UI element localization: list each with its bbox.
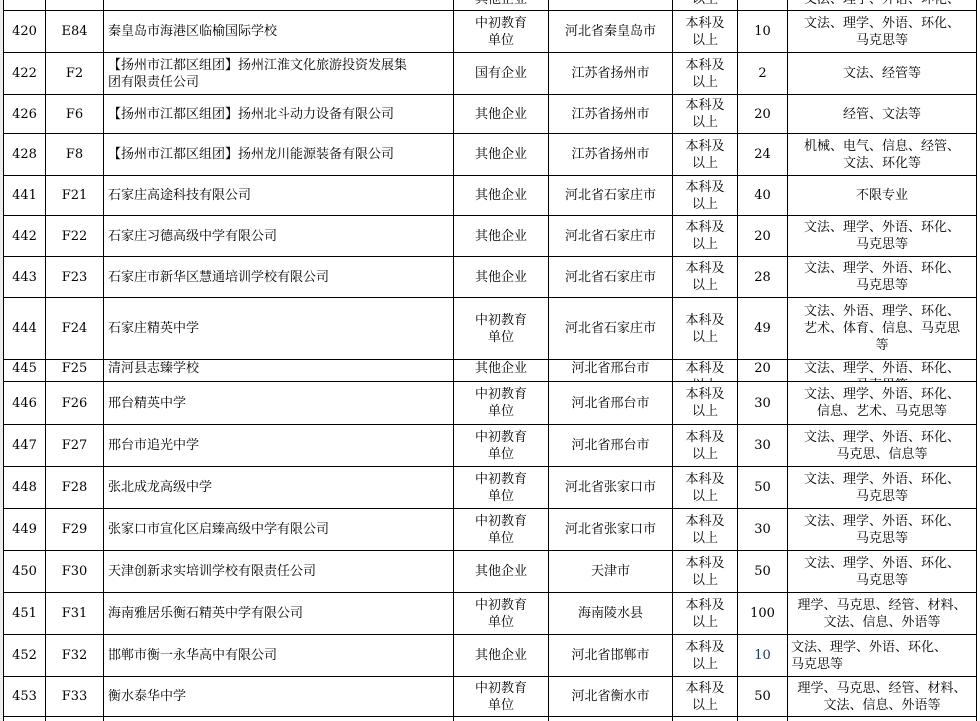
education-requirement-cell[interactable]: 本科及以上 [673,298,737,359]
employer-type-cell[interactable] [454,717,548,721]
employer-name-cell[interactable]: 【扬州市江都区组团】扬州北斗动力设备有限公司 [104,95,453,133]
employer-name-cell[interactable]: 石家庄市新华区慧通培训学校有限公司 [104,257,453,297]
education-requirement-cell[interactable]: 本科及以上 [673,95,737,133]
location-cell[interactable]: 河北省衡水市 [549,677,672,716]
text-line: 张北成龙高级中学 [108,479,212,496]
location-cell[interactable]: 河北省石家庄市 [549,176,672,215]
employer-name-cell[interactable] [104,717,453,721]
employer-code-cell[interactable]: F21 [46,176,103,215]
employer-name-cell[interactable]: 邢台市追光中学 [104,425,453,466]
text-line: 中初教育 [475,312,527,329]
text-line: 马克思等 [856,277,908,294]
cell-text: 20 [754,360,771,377]
text-line: 张家口市宣化区启臻高级中学有限公司 [108,521,329,538]
text-line: 马克思等 [856,572,908,589]
text-line: 以上 [692,114,718,131]
cell-text: 28 [754,269,771,286]
row-number-cell[interactable]: 426 [4,95,45,133]
majors-cell[interactable]: 理学、马克思、经管、材料、文法、信息、外语等 [788,677,976,716]
text-line: 以上 [692,377,718,381]
employer-code-cell[interactable]: F23 [46,257,103,297]
text-line: 信息、艺术、马克思等 [817,403,947,420]
text-line: 本科及 [685,639,724,656]
cell-text: 江苏省扬州市 [571,106,649,123]
text-line: 邢台精英中学 [108,395,186,412]
clipped-text-fragment: 其他企业 [475,0,527,8]
headcount-cell[interactable]: 10 [738,11,787,52]
row-number-cell[interactable]: 422 [4,53,45,94]
text-line: 文法、信息、外语等 [823,614,940,631]
row-number-cell[interactable]: 452 [4,635,45,676]
headcount-cell[interactable]: 20 [738,216,787,256]
employer-code-cell[interactable]: F30 [46,551,103,592]
education-requirement-cell[interactable]: 以上 [673,0,737,10]
cell-text: 2 [758,65,766,82]
cell-text: F6 [66,106,83,123]
employer-code-cell[interactable]: F22 [46,216,103,256]
text-line: 石家庄高途科技有限公司 [108,187,251,204]
text-line: 中初教育 [475,471,527,488]
location-cell[interactable]: 江苏省扬州市 [549,95,672,133]
employer-name-cell[interactable]: 【扬州市江都区组团】扬州江淮文化旅游投资发展集团有限责任公司 [104,53,453,94]
text-line: 邢台市追光中学 [108,437,199,454]
employer-code-cell[interactable]: F32 [46,635,103,676]
row-number-cell[interactable]: 449 [4,509,45,550]
education-requirement-cell[interactable]: 本科及以上 [673,257,737,297]
text-line: 单位 [488,329,514,346]
cell-text: 30 [754,395,771,412]
text-line: 马克思等 [856,377,908,381]
cell-text: 446 [12,395,37,412]
headcount-cell[interactable] [738,717,787,721]
cell-text: E84 [61,23,87,40]
majors-cell[interactable]: 文法、理学、外语、环化、马克思等 [788,360,976,381]
text-line: 其他企业 [475,228,527,245]
education-requirement-cell[interactable]: 本科及以上 [673,551,737,592]
majors-cell[interactable]: 不限专业 [788,176,976,215]
text-line: 团有限责任公司 [108,74,199,91]
cell-text: 100 [750,605,775,622]
row-number-cell[interactable]: 441 [4,176,45,215]
text-line: 中初教育 [475,386,527,403]
cell-text: 441 [12,187,37,204]
employer-name-cell[interactable]: 张北成龙高级中学 [104,467,453,508]
employer-type-cell[interactable]: 中初教育单位 [454,298,548,359]
cell-text: 江苏省扬州市 [571,146,649,163]
headcount-cell[interactable]: 20 [738,95,787,133]
text-line: 文法、理学、外语、环化、 [804,260,960,277]
location-cell[interactable]: 海南陵水县 [549,593,672,634]
text-line: 马克思等 [791,656,843,673]
employer-code-cell[interactable] [46,717,103,721]
employer-code-cell[interactable]: F27 [46,425,103,466]
cell-text: F25 [62,360,88,377]
text-line: 以上 [692,155,718,172]
cell-text: 天津市 [591,563,630,580]
employer-type-cell[interactable]: 中初教育单位 [454,11,548,52]
row-number-cell[interactable]: 447 [4,425,45,466]
employer-name-cell[interactable]: 石家庄精英中学 [104,298,453,359]
employer-code-cell[interactable]: F28 [46,467,103,508]
headcount-cell[interactable]: 30 [738,425,787,466]
headcount-cell[interactable]: 2 [738,53,787,94]
text-line: 等 [875,337,888,354]
location-cell[interactable]: 河北省石家庄市 [549,216,672,256]
employer-name-cell[interactable]: 【扬州市江都区组团】扬州龙川能源装备有限公司 [104,134,453,175]
education-requirement-cell[interactable]: 本科及以上 [673,53,737,94]
employer-type-cell[interactable]: 中初教育单位 [454,382,548,424]
education-requirement-cell[interactable]: 本科及以上 [673,216,737,256]
cell-text: 河北省张家口市 [565,479,656,496]
text-line: 本科及 [685,513,724,530]
cell-text: F27 [62,437,88,454]
text-line: 文法、理学、外语、环化、 [804,386,960,403]
majors-cell[interactable]: 文法、理学、外语、环化、马克思等 [788,551,976,592]
cell-text: 50 [754,563,771,580]
cell-text: 422 [12,65,37,82]
text-line: 机械、电气、信息、经管、 [804,138,960,155]
majors-cell[interactable]: 文法、理学、外语、环化、马克思等 [788,216,976,256]
text-line: 中初教育 [475,597,527,614]
row-number-cell[interactable]: 446 [4,382,45,424]
education-requirement-cell[interactable]: 本科及以上 [673,176,737,215]
cell-text: 49 [754,320,771,337]
text-line: 本科及 [685,555,724,572]
employer-type-cell[interactable]: 其他企业 [454,95,548,133]
employer-type-cell[interactable]: 其他企业 [454,0,548,10]
text-line: 单位 [488,488,514,505]
cell-text: 20 [754,106,771,123]
majors-cell[interactable]: 文法、外语、理学、环化、艺术、体育、信息、马克思等 [788,298,976,359]
headcount-cell[interactable]: 49 [738,298,787,359]
row-number-cell[interactable]: 450 [4,551,45,592]
majors-cell[interactable]: 文法、理学、外语、环化、信息、艺术、马克思等 [788,382,976,424]
employer-code-cell[interactable]: F26 [46,382,103,424]
text-line: 文法、理学、外语、环化、 [804,360,960,377]
headcount-cell[interactable]: 50 [738,467,787,508]
cell-text: 448 [12,479,37,496]
employer-type-cell[interactable]: 其他企业 [454,551,548,592]
cell-text: F30 [62,563,88,580]
text-line: 文法、外语、理学、环化、 [804,303,960,320]
employer-code-cell[interactable] [46,0,103,10]
majors-cell[interactable]: 文法、经管等 [788,53,976,94]
text-line: 本科及 [685,219,724,236]
location-cell[interactable]: 河北省邯郸市 [549,635,672,676]
employer-type-cell[interactable]: 其他企业 [454,134,548,175]
text-line: 中初教育 [475,513,527,530]
majors-cell[interactable]: 机械、电气、信息、经管、文法、环化等 [788,134,976,175]
text-line: 石家庄市新华区慧通培训学校有限公司 [108,269,329,286]
text-line: 以上 [692,614,718,631]
text-line: 单位 [488,403,514,420]
text-line: 石家庄精英中学 [108,320,199,337]
cell-text: F31 [62,605,88,622]
employer-code-cell[interactable]: F8 [46,134,103,175]
employer-name-cell[interactable]: 张家口市宣化区启臻高级中学有限公司 [104,509,453,550]
cell-text: 30 [754,437,771,454]
majors-cell[interactable]: 文法、理学、外语、环化、 [788,0,976,10]
employer-type-cell[interactable]: 其他企业 [454,257,548,297]
text-line: 秦皇岛市海港区临榆国际学校 [108,23,277,40]
text-line: 本科及 [685,57,724,74]
employer-name-cell[interactable]: 秦皇岛市海港区临榆国际学校 [104,11,453,52]
text-line: 邯郸市衡一永华高中有限公司 [108,647,277,664]
text-line: 【扬州市江都区组团】扬州北斗动力设备有限公司 [108,106,394,123]
text-line: 本科及 [685,15,724,32]
employer-type-cell[interactable]: 中初教育单位 [454,593,548,634]
text-line: 中初教育 [475,680,527,697]
text-line: 本科及 [685,597,724,614]
education-requirement-cell[interactable]: 本科及以上 [673,509,737,550]
text-line: 以上 [692,403,718,420]
cell-text: 445 [12,360,37,377]
row-number-cell[interactable] [4,0,45,10]
employer-code-cell[interactable]: F6 [46,95,103,133]
employer-type-cell[interactable]: 其他企业 [454,216,548,256]
majors-cell[interactable]: 文法、理学、外语、环化、马克思、信息等 [788,425,976,466]
text-line: 理学、马克思、经管、材料、 [797,597,966,614]
row-number-cell[interactable]: 444 [4,298,45,359]
cell-text: 10 [754,647,771,664]
employer-name-cell[interactable]: 邯郸市衡一永华高中有限公司 [104,635,453,676]
employer-type-cell[interactable]: 国有企业 [454,53,548,94]
row-number-cell[interactable] [4,717,45,721]
text-line: 本科及 [685,360,724,377]
cell-text: 河北省邢台市 [571,437,649,454]
cell-text: 河北省秦皇岛市 [565,23,656,40]
cell-text: F32 [62,647,88,664]
employer-type-cell[interactable]: 中初教育单位 [454,509,548,550]
text-line: 文法、理学、外语、环化、 [804,471,960,488]
text-line: 单位 [488,446,514,463]
clipped-text-fragment: 以上 [692,0,718,8]
row-number-cell[interactable]: 448 [4,467,45,508]
cell-text: F22 [62,228,88,245]
location-cell[interactable]: 江苏省扬州市 [549,53,672,94]
employer-name-cell[interactable]: 海南雅居乐衡石精英中学有限公司 [104,593,453,634]
education-requirement-cell[interactable]: 本科及以上 [673,134,737,175]
cell-text: 451 [12,605,37,622]
cell-text: F21 [62,187,88,204]
employer-code-cell[interactable]: F25 [46,360,103,381]
text-line: 理学、马克思、经管、材料、 [797,680,966,697]
cell-text: 444 [12,320,37,337]
text-line: 清河县志臻学校 [108,360,199,377]
cell-text: 河北省邢台市 [571,360,649,377]
text-line: 本科及 [685,138,724,155]
text-line: 艺术、体育、信息、马克思 [804,320,960,337]
cell-text: 447 [12,437,37,454]
text-line: 文法、信息、外语等 [823,697,940,714]
cell-text: F8 [66,146,83,163]
cell-text: 海南陵水县 [578,605,643,622]
text-line: 本科及 [685,471,724,488]
employer-code-cell[interactable]: F33 [46,677,103,716]
text-line: 以上 [692,236,718,253]
location-cell[interactable]: 河北省石家庄市 [549,257,672,297]
headcount-cell[interactable]: 30 [738,509,787,550]
headcount-cell[interactable] [738,0,787,10]
employer-name-cell[interactable]: 邢台精英中学 [104,382,453,424]
location-cell[interactable]: 河北省秦皇岛市 [549,11,672,52]
location-cell[interactable]: 河北省邢台市 [549,360,672,381]
text-line: 文法、理学、外语、环化、 [804,513,960,530]
location-cell[interactable]: 天津市 [549,551,672,592]
cell-text: 30 [754,521,771,538]
headcount-cell[interactable]: 24 [738,134,787,175]
majors-cell[interactable]: 文法、理学、外语、环化、马克思等 [788,635,976,676]
text-line: 马克思等 [856,488,908,505]
text-line: 以上 [692,697,718,714]
text-line: 其他企业 [475,146,527,163]
majors-cell[interactable]: 文法、理学、外语、环化、马克思等 [788,257,976,297]
cell-text: 450 [12,563,37,580]
employer-type-cell[interactable]: 中初教育单位 [454,677,548,716]
majors-cell[interactable]: 经管、文法等 [788,95,976,133]
headcount-cell[interactable]: 30 [738,382,787,424]
employer-code-cell[interactable]: E84 [46,11,103,52]
cell-text: 50 [754,479,771,496]
text-line: 文法、理学、外语、环化、 [804,219,960,236]
cell-text: 河北省石家庄市 [565,269,656,286]
cell-text: F2 [66,65,83,82]
text-line: 以上 [692,446,718,463]
employer-name-cell[interactable]: 清河县志臻学校 [104,360,453,381]
location-cell[interactable]: 江苏省扬州市 [549,134,672,175]
text-line: 天津创新求实培训学校有限责任公司 [108,563,316,580]
employer-type-cell[interactable]: 中初教育单位 [454,425,548,466]
text-line: 文法、理学、外语、环化、 [804,555,960,572]
text-line: 马克思、信息等 [836,446,927,463]
text-line: 以上 [692,488,718,505]
cell-text: F24 [62,320,88,337]
employer-code-cell[interactable]: F2 [46,53,103,94]
text-line: 以上 [692,277,718,294]
text-line: 【扬州市江都区组团】扬州龙川能源装备有限公司 [108,146,394,163]
text-line: 以上 [692,196,718,213]
row-number-cell[interactable]: 428 [4,134,45,175]
text-line: 国有企业 [475,65,527,82]
employer-name-cell[interactable] [104,0,453,10]
majors-cell[interactable]: 文法、理学、外语、环化、马克思等 [788,467,976,508]
text-line: 本科及 [685,179,724,196]
education-requirement-cell[interactable]: 本科及以上 [673,360,737,381]
text-line: 本科及 [685,97,724,114]
row-number-cell[interactable]: 445 [4,360,45,381]
location-cell[interactable]: 河北省邢台市 [549,382,672,424]
row-number-cell[interactable]: 451 [4,593,45,634]
education-requirement-cell[interactable]: 本科及以上 [673,593,737,634]
majors-cell[interactable] [788,717,976,721]
education-requirement-cell[interactable]: 本科及以上 [673,467,737,508]
location-cell[interactable]: 河北省张家口市 [549,467,672,508]
cell-text: 443 [12,269,37,286]
employer-type-cell[interactable]: 中初教育单位 [454,467,548,508]
cell-text: 河北省石家庄市 [565,228,656,245]
employer-type-cell[interactable]: 其他企业 [454,360,548,381]
text-line: 以上 [692,530,718,547]
cell-text: 河北省邯郸市 [571,647,649,664]
headcount-cell[interactable]: 28 [738,257,787,297]
location-cell[interactable] [549,717,672,721]
location-cell[interactable]: 河北省张家口市 [549,509,672,550]
text-line: 以上 [692,74,718,91]
employer-code-cell[interactable]: F29 [46,509,103,550]
cell-text: 428 [12,146,37,163]
cell-text: 河北省邢台市 [571,395,649,412]
row-number-cell[interactable]: 443 [4,257,45,297]
text-line: 单位 [488,32,514,49]
cell-text: F33 [62,688,88,705]
education-requirement-cell[interactable]: 本科及以上 [673,635,737,676]
text-line: 文法、理学、外语、环化、 [804,429,960,446]
cell-text: F23 [62,269,88,286]
location-cell[interactable]: 河北省石家庄市 [549,298,672,359]
headcount-cell[interactable]: 20 [738,360,787,381]
cell-text: 50 [754,688,771,705]
employer-code-cell[interactable]: F24 [46,298,103,359]
text-line: 文法、理学、外语、环化、 [804,15,960,32]
headcount-cell[interactable]: 40 [738,176,787,215]
location-cell[interactable] [549,0,672,10]
employer-name-cell[interactable]: 石家庄习德高级中学有限公司 [104,216,453,256]
employer-name-cell[interactable]: 石家庄高途科技有限公司 [104,176,453,215]
headcount-cell[interactable]: 50 [738,551,787,592]
text-line: 以上 [692,32,718,49]
cell-text: F28 [62,479,88,496]
education-requirement-cell[interactable] [673,717,737,721]
text-line: 本科及 [685,680,724,697]
majors-cell[interactable]: 理学、马克思、经管、材料、文法、信息、外语等 [788,593,976,634]
text-line: 马克思等 [856,530,908,547]
cell-text: 420 [12,23,37,40]
row-number-cell[interactable]: 453 [4,677,45,716]
majors-cell[interactable]: 文法、理学、外语、环化、马克思等 [788,509,976,550]
majors-cell[interactable]: 文法、理学、外语、环化、马克思等 [788,11,976,52]
row-number-cell[interactable]: 420 [4,11,45,52]
education-requirement-cell[interactable]: 本科及以上 [673,382,737,424]
text-line: 以上 [692,656,718,673]
text-line: 马克思等 [856,32,908,49]
employer-code-cell[interactable]: F31 [46,593,103,634]
employer-type-cell[interactable]: 其他企业 [454,176,548,215]
cell-text: 江苏省扬州市 [571,65,649,82]
text-line: 海南雅居乐衡石精英中学有限公司 [108,605,303,622]
text-line: 其他企业 [475,106,527,123]
cell-text: 426 [12,106,37,123]
headcount-cell[interactable]: 10 [738,635,787,676]
text-line: 文法、环化等 [843,155,921,172]
text-line: 其他企业 [475,360,527,377]
text-line: 单位 [488,530,514,547]
text-line: 单位 [488,697,514,714]
employer-name-cell[interactable]: 衡水泰华中学 [104,677,453,716]
education-requirement-cell[interactable]: 本科及以上 [673,11,737,52]
education-requirement-cell[interactable]: 本科及以上 [673,677,737,716]
education-requirement-cell[interactable]: 本科及以上 [673,425,737,466]
employer-name-cell[interactable]: 天津创新求实培训学校有限责任公司 [104,551,453,592]
row-number-cell[interactable]: 442 [4,216,45,256]
employer-type-cell[interactable]: 其他企业 [454,635,548,676]
cell-text: 24 [754,146,771,163]
text-line: 石家庄习德高级中学有限公司 [108,228,277,245]
text-line: 文法、经管等 [843,65,921,82]
text-line: 本科及 [685,312,724,329]
headcount-cell[interactable]: 100 [738,593,787,634]
location-cell[interactable]: 河北省邢台市 [549,425,672,466]
headcount-cell[interactable]: 50 [738,677,787,716]
